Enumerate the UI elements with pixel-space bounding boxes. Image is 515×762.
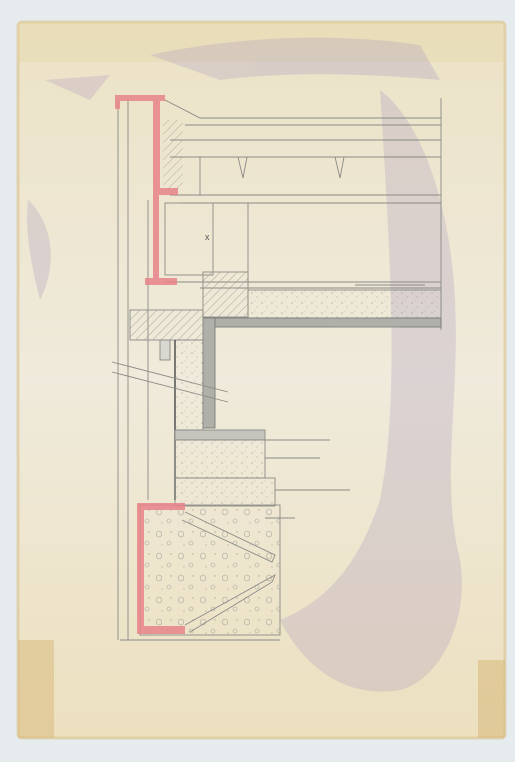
center-marker: x [205,232,210,242]
architectural-drawing-photo: x [0,0,515,762]
